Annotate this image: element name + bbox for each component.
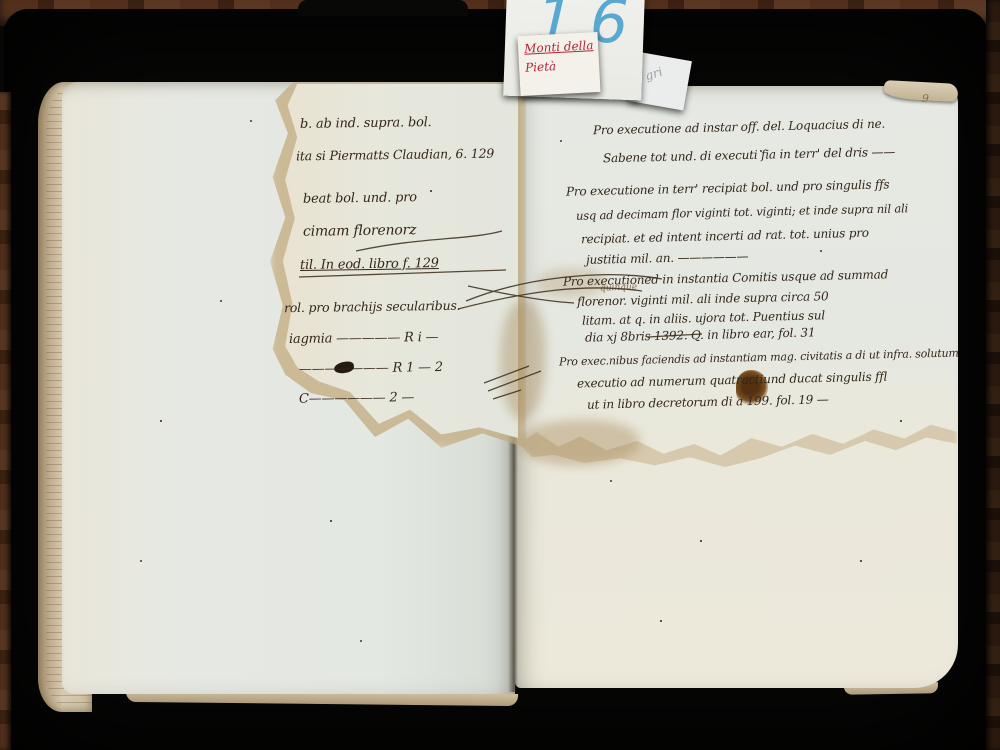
fonds-title-note: Monti della Pietà — [517, 32, 600, 96]
manuscript-line: ——————— R 1 — 2 — [299, 360, 443, 377]
wood-table-right-edge — [986, 0, 1000, 750]
fonds-title-line1: Monti della — [524, 36, 599, 59]
manuscript-line: C—————— 2 — — [299, 390, 414, 407]
fonds-title-line2: Pietà — [525, 55, 600, 78]
manuscript-line: beat bol. und. pro — [303, 190, 417, 207]
manuscript-line: iagmia ————— R i — — [289, 330, 439, 347]
manuscript-line: rol. pro brachijs secularibus. — [284, 298, 461, 315]
page-number: 9 — [922, 92, 929, 105]
wood-table-left-edge — [0, 92, 11, 750]
manuscript-line: b. ab ind. supra. bol. — [300, 115, 432, 132]
manuscript-line: ita si Piermatts Claudian, 6. 129 — [296, 146, 494, 164]
black-cloth-fold — [298, 0, 468, 16]
manuscript-line: cimam florenorz — [303, 222, 416, 240]
paper-speckles — [0, 0, 2, 2]
manuscript-line: til. In eod. libro f. 129 — [300, 256, 439, 273]
pencil-annotation: gri — [643, 64, 664, 83]
superscript-correction: quinque — [600, 282, 637, 293]
photograph-of-open-manuscript: b. ab ind. supra. bol. ita si Piermatts … — [0, 0, 1000, 750]
